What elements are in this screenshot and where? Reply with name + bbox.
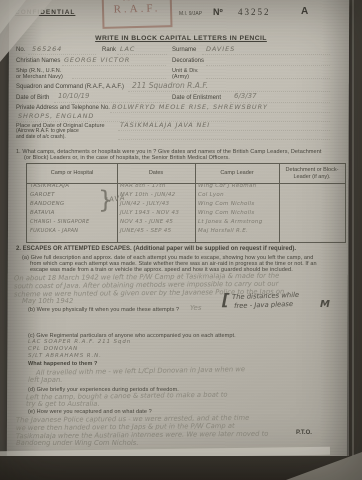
table-header-detachment-2: Leader (if any). [279, 174, 345, 181]
dates-row: JUNE/45 - SEP 45 [120, 229, 171, 235]
question-2-title: 2. ESCAPES OR ATTEMPTED ESCAPES. (Additi… [16, 246, 346, 253]
pto-marking: P.T.O. [296, 430, 312, 437]
paper-stack-edge [352, 0, 354, 462]
q2b-answer: Yes [190, 305, 201, 312]
squadron-value: 211 Squadron R.A.F. [132, 82, 208, 90]
q2d-answer-2: try & get to Australia. [26, 401, 100, 408]
enlistment-label: Date of Enlistment [172, 95, 221, 102]
number-field-value: 565264 [32, 46, 62, 53]
address-value-line2: SHROPS, ENGLAND [18, 113, 94, 120]
table-header-detachment: Detachment or Block- [279, 167, 345, 174]
camp-row: BATAVIA [30, 211, 55, 217]
leader-row: Wing Com Nicholls [198, 202, 255, 208]
q2c-answer-2: CPL DONOVAN [28, 347, 78, 353]
leader-row: Maj Horsfall R.E. [198, 229, 248, 235]
leader-row: Col Lyon [198, 193, 224, 199]
stamp-raf-line: R.A.F. [104, 2, 170, 16]
camp-row: FUKUOKA - JAPAN [30, 229, 78, 234]
address-label: Private Address and Telephone No. [16, 105, 110, 112]
ship-label-2: or Merchant Navy) [16, 74, 63, 80]
raf-stamp: M.I.9 R.A.F. [101, 0, 172, 29]
number-label: Nº [213, 7, 223, 17]
margin-note-initials: M [320, 300, 330, 310]
capture-value: TASIKMALAJA JAVA NEI [120, 122, 210, 129]
scanned-document-photo: CONFIDENTIAL M.I.9 R.A.F. M.I. 9/JAP Nº … [0, 0, 362, 480]
rank-value: LAC [120, 46, 135, 53]
table-header-dates: Dates [117, 170, 195, 177]
file-reference: M.I. 9/JAP [179, 12, 202, 18]
leader-row: Wing Com Nicholls [198, 211, 255, 217]
series-letter: A [301, 6, 308, 18]
surname-label: Surname [172, 47, 196, 54]
table-header-leader: Camp Leader [195, 170, 279, 177]
table-header-camp: Camp or Hospital [27, 170, 117, 177]
form-instruction: WRITE IN BLOCK CAPITAL LETTERS IN PENCIL [0, 35, 362, 43]
decorations-label: Decorations [172, 58, 204, 65]
date-of-birth-value: 10/10/19 [58, 93, 89, 100]
rank-label: Rank [102, 47, 116, 54]
dates-row: JUN/42 - JULY/43 [120, 202, 169, 208]
camp-row: GAROET [30, 193, 55, 199]
christian-names-value: GEORGE VICTOR [64, 57, 130, 64]
dates-row: MAY 10th - JUN/42 [120, 193, 175, 199]
leader-row: Lt Jones & Armstrong [198, 220, 262, 226]
unit-div-label-2: (Army) [172, 74, 189, 80]
dates-row: MAR 8th - 17th [120, 184, 166, 190]
christian-names-label: Christian Names [16, 58, 60, 65]
question-1-text-2: (or Block) Leaders or, in the case of ho… [24, 155, 344, 161]
surname-value: DAVIES [206, 46, 235, 53]
dates-row: NOV 43 - JUNE 45 [120, 220, 173, 226]
capture-label-3: and date of a/c crash). [16, 135, 66, 141]
q2c-what-label: What happened to them ? [28, 361, 98, 367]
leader-row: Wing Cdr J Redman [198, 184, 256, 190]
q2c-what-answer-2: left Japan. [28, 377, 62, 384]
serial-number: 43252 [238, 7, 271, 17]
camp-row: BANDOENG [30, 202, 64, 208]
number-field-label: No. [16, 47, 25, 54]
camp-row: CHANGI - SINGAPORE [30, 220, 89, 225]
q2b-label: (b) Were you physically fit when you mad… [28, 307, 179, 313]
date-of-birth-label: Date of Birth [16, 95, 49, 102]
q2e-answer-4: Bandoeng under Wing Com Nichols. [16, 440, 138, 447]
dates-row: JULY 1943 - NOV 43 [120, 211, 179, 217]
q2c-answer: LAC SOAPER R.A.F. 211 Sqdn [28, 340, 131, 346]
q2a-answer-4: May 10th 1942 [22, 298, 73, 305]
margin-note-bracket: [ [222, 292, 229, 308]
enlistment-value: 6/3/37 [234, 93, 257, 100]
camp-row: TASIKMALAJA [30, 184, 69, 190]
address-value: BOLWFRYD MEOLE RISE, SHREWSBURY [112, 104, 268, 111]
squadron-label: Squadron and Command (R.A.F., A.A.F.) [16, 84, 124, 91]
q2c-answer-3: S/LT ABRAHAMS R.N. [28, 354, 102, 360]
